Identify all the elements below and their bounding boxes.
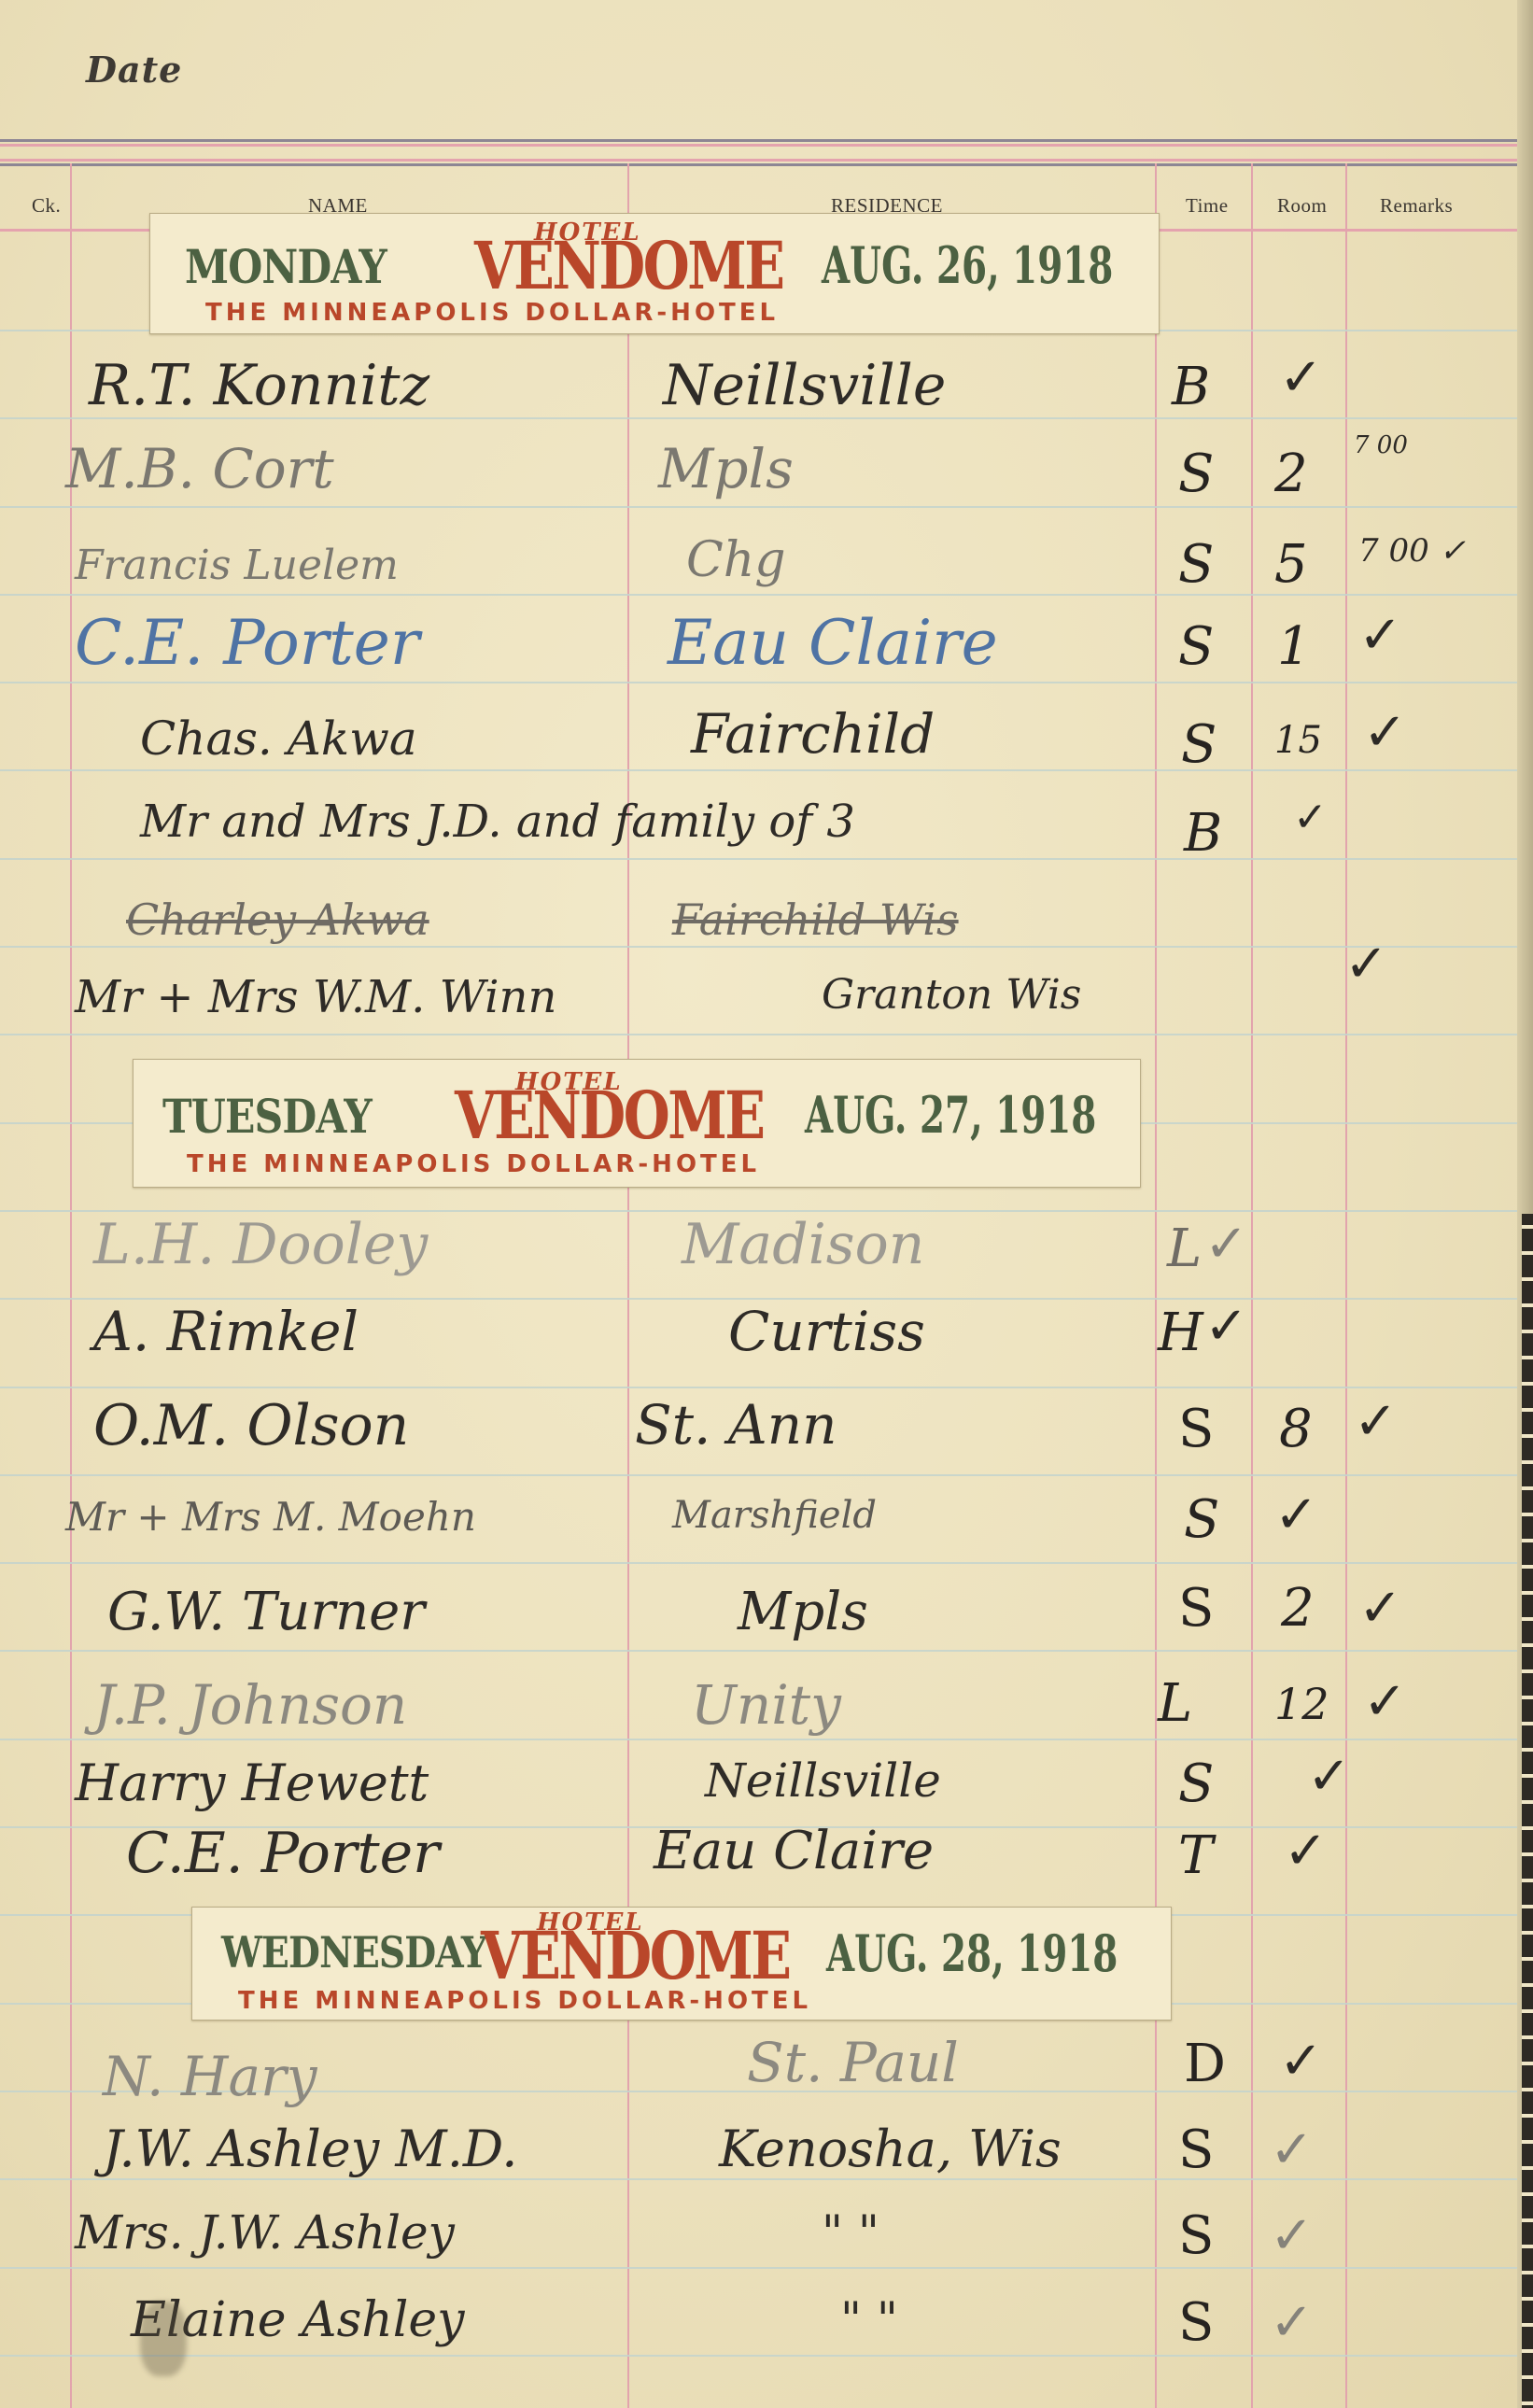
notebook-binding (1522, 1214, 1533, 2408)
guest-time: B (1172, 357, 1210, 417)
guest-name: J.W. Ashley M.D. (103, 2119, 517, 2178)
ink-blot (140, 2302, 187, 2376)
check-mark: ✓ (1307, 1746, 1351, 1807)
guest-name: Mr + Mrs M. Moehn (65, 1494, 476, 1540)
guest-name: J.P. Johnson (93, 1673, 407, 1737)
guest-residence: Neillsville (663, 353, 946, 418)
guest-residence: Chg (686, 532, 786, 588)
guest-name: G.W. Turner (107, 1582, 425, 1642)
stamp-brand: VENDOME (474, 233, 783, 299)
guest-name: Chas. Akwa (140, 711, 417, 766)
ledger-page: Date Ck. NAME RESIDENCE Time Room Remark… (0, 0, 1517, 2408)
guest-name: O.M. Olson (93, 1393, 409, 1458)
guest-name: Francis Luelem (75, 542, 399, 589)
guest-room: 5 (1274, 534, 1308, 595)
guest-room: 12 (1274, 1679, 1329, 1729)
check-mark: ✓ (1358, 1578, 1402, 1639)
guest-name: N. Hary (103, 2045, 317, 2108)
stamp-day: WEDNESDAY (221, 1927, 486, 1978)
guest-name: Mrs. J.W. Ashley (75, 2205, 455, 2260)
guest-time: S (1181, 714, 1217, 775)
guest-name: Mr + Mrs W.M. Winn (75, 971, 556, 1023)
stamp-date: AUG. 28, 1918 (826, 1923, 1118, 1983)
stamp-brand: VENDOME (481, 1923, 790, 1989)
check-mark: ✓ (1363, 702, 1407, 763)
stamp-brand: VENDOME (455, 1083, 764, 1148)
guest-residence: Kenosha, Wis (719, 2119, 1062, 2178)
guest-time: L (1158, 1673, 1192, 1734)
guest-residence: Unity (691, 1673, 841, 1737)
top-rule (0, 159, 1517, 162)
check-mark: ✓ (1358, 605, 1402, 666)
guest-residence: Granton Wis (822, 971, 1081, 1019)
guest-residence: Madison (682, 1212, 924, 1277)
guest-time: S (1184, 1489, 1219, 1550)
top-rule (0, 139, 1517, 142)
date-label: Date (86, 49, 182, 91)
guest-residence: Eau Claire (654, 1821, 934, 1881)
guest-residence: " " (822, 2205, 879, 2260)
guest-residence: St. Paul (747, 2031, 959, 2094)
stamp-date: AUG. 27, 1918 (805, 1085, 1096, 1145)
column-rule-residence (627, 163, 629, 2408)
guest-time: S (1178, 2205, 1214, 2266)
guest-name: C.E. Porter (126, 1821, 440, 1886)
ruled-line (0, 946, 1517, 948)
guest-room: 2 (1281, 1578, 1315, 1639)
guest-time: S (1178, 2292, 1214, 2353)
guest-residence: Neillsville (705, 1753, 941, 1808)
guest-name-struck: Charley Akwa (126, 894, 429, 945)
guest-time: S (1178, 2119, 1214, 2180)
ruled-line (0, 769, 1517, 771)
date-stamp-monday: MONDAY HOTEL VENDOME AUG. 26, 1918 THE M… (149, 213, 1160, 334)
check-mark: ✓ (1270, 2205, 1314, 2266)
stamp-date: AUG. 26, 1918 (822, 235, 1113, 295)
ruled-line (0, 1650, 1517, 1652)
guest-residence: Fairchild (691, 702, 935, 766)
guest-time: L (1167, 1218, 1202, 1279)
column-header-ck: Ck. (32, 194, 61, 218)
guest-name: L.H. Dooley (93, 1212, 428, 1277)
top-rule (0, 163, 1517, 166)
column-rule-room (1251, 163, 1253, 2408)
ruled-line (0, 1562, 1517, 1564)
check-mark: ✓ (1344, 934, 1388, 994)
ruled-line (0, 682, 1517, 683)
guest-residence: Marshfield (672, 1494, 877, 1537)
remark: 7 00 ✓ (1358, 532, 1466, 570)
check-mark: ✓ (1204, 1214, 1248, 1274)
column-rule-time (1155, 163, 1157, 2408)
guest-residence: St. Ann (635, 1393, 837, 1457)
date-stamp-tuesday: TUESDAY HOTEL VENDOME AUG. 27, 1918 THE … (133, 1059, 1141, 1188)
ruled-line (0, 1387, 1517, 1388)
ruled-line (0, 858, 1517, 860)
remark: 7 00 (1354, 431, 1408, 459)
ruled-line (0, 506, 1517, 508)
guest-time: S (1178, 534, 1214, 595)
ruled-line (0, 1034, 1517, 1035)
check-mark: ✓ (1270, 2292, 1314, 2353)
guest-residence: Mpls (658, 437, 794, 500)
check-mark: ✓ (1270, 2119, 1314, 2180)
check-mark: ✓ (1354, 1391, 1398, 1452)
guest-time: H (1158, 1303, 1203, 1363)
guest-residence: " " (840, 2292, 898, 2346)
guest-residence: Eau Claire (668, 607, 998, 679)
stamp-tagline: THE MINNEAPOLIS DOLLAR-HOTEL (187, 1150, 760, 1178)
guest-residence-struck: Fairchild Wis (672, 894, 959, 945)
guest-time: T (1178, 1825, 1213, 1886)
check-mark: ✓ (1279, 2031, 1323, 2091)
stamp-day: MONDAY (185, 239, 387, 294)
ruled-line (0, 2267, 1517, 2269)
stamp-day: TUESDAY (162, 1089, 372, 1144)
guest-room: 8 (1279, 1399, 1313, 1459)
guest-name: A. Rimkel (93, 1300, 359, 1363)
guest-time: S (1178, 1753, 1214, 1814)
ruled-line (0, 1739, 1517, 1740)
column-header-remarks: Remarks (1380, 194, 1453, 218)
guest-name: C.E. Porter (75, 607, 419, 679)
guest-room: 15 (1274, 719, 1322, 762)
guest-residence: Curtiss (728, 1300, 925, 1363)
check-mark: ✓ (1363, 1671, 1407, 1732)
check-mark: ✓ (1274, 1485, 1318, 1545)
stamp-tagline: THE MINNEAPOLIS DOLLAR-HOTEL (238, 1987, 811, 2015)
ruled-line (0, 2355, 1517, 2357)
date-stamp-wednesday: WEDNESDAY HOTEL VENDOME AUG. 28, 1918 TH… (191, 1907, 1172, 2021)
guest-room: 2 (1274, 444, 1308, 504)
check-mark: ✓ (1204, 1296, 1248, 1357)
column-header-room: Room (1277, 194, 1327, 218)
guest-name: R.T. Konnitz (89, 353, 429, 418)
guest-name: Harry Hewett (75, 1753, 429, 1812)
guest-name: M.B. Cort (65, 437, 334, 500)
stamp-tagline: THE MINNEAPOLIS DOLLAR-HOTEL (205, 299, 779, 327)
column-rule-remarks (1345, 163, 1347, 2408)
guest-time: D (1184, 2034, 1226, 2094)
ruled-line (0, 1474, 1517, 1476)
check-mark: ✓ (1279, 347, 1323, 408)
check-mark: ✓ (1284, 1821, 1328, 1881)
guest-time: S (1178, 616, 1214, 677)
check-mark: ✓ (1293, 794, 1328, 841)
guest-name: Mr and Mrs J.D. and family of 3 (140, 796, 855, 848)
guest-room: 1 (1277, 616, 1311, 677)
guest-time: S (1178, 1578, 1214, 1639)
guest-residence: Mpls (738, 1582, 868, 1642)
guest-time: S (1178, 444, 1214, 504)
guest-time: B (1184, 803, 1222, 864)
guest-time: S (1178, 1399, 1214, 1459)
column-header-time: Time (1186, 194, 1229, 218)
top-rule (0, 144, 1517, 147)
